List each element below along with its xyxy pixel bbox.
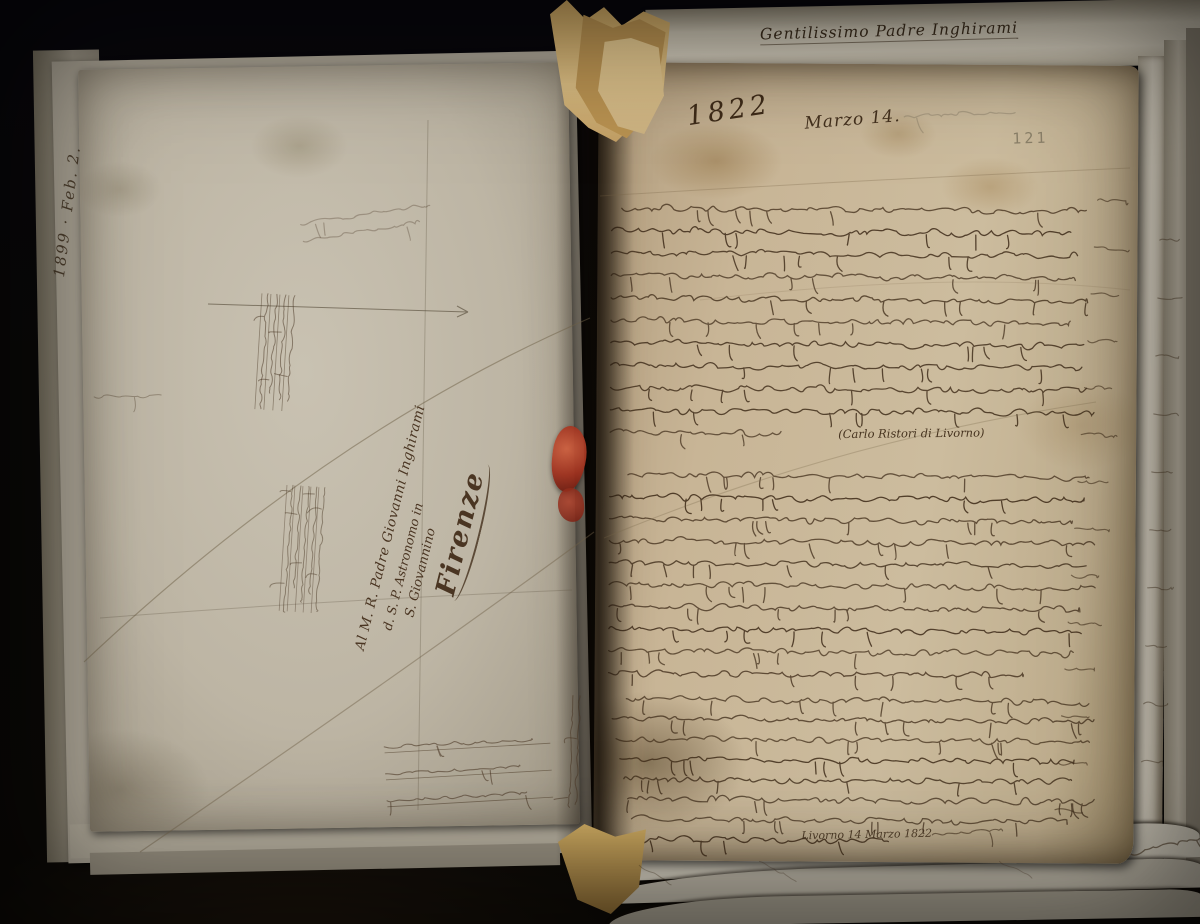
date-heading-year: 1822 [685, 89, 773, 132]
page-edge-stack-right-3 [1186, 28, 1200, 872]
handwriting-fragment [245, 291, 300, 420]
page-number: 121 [1012, 129, 1049, 148]
manuscript-body-squiggles [605, 192, 1114, 880]
photo-background: 1822 Marzo 14. 121 (Carlo Ristori di Liv… [0, 0, 1200, 924]
closing-dateline: Livorno 14 Marzo 1822 [801, 827, 932, 843]
handwriting-fragment [271, 483, 330, 622]
handwriting-fragment [92, 389, 171, 412]
envelope-page [78, 62, 580, 832]
parenthetical-note: (Carlo Ristori di Livorno) [838, 426, 984, 442]
date-heading-rest: Marzo 14. [804, 106, 902, 134]
handwriting-fragment [382, 733, 563, 833]
